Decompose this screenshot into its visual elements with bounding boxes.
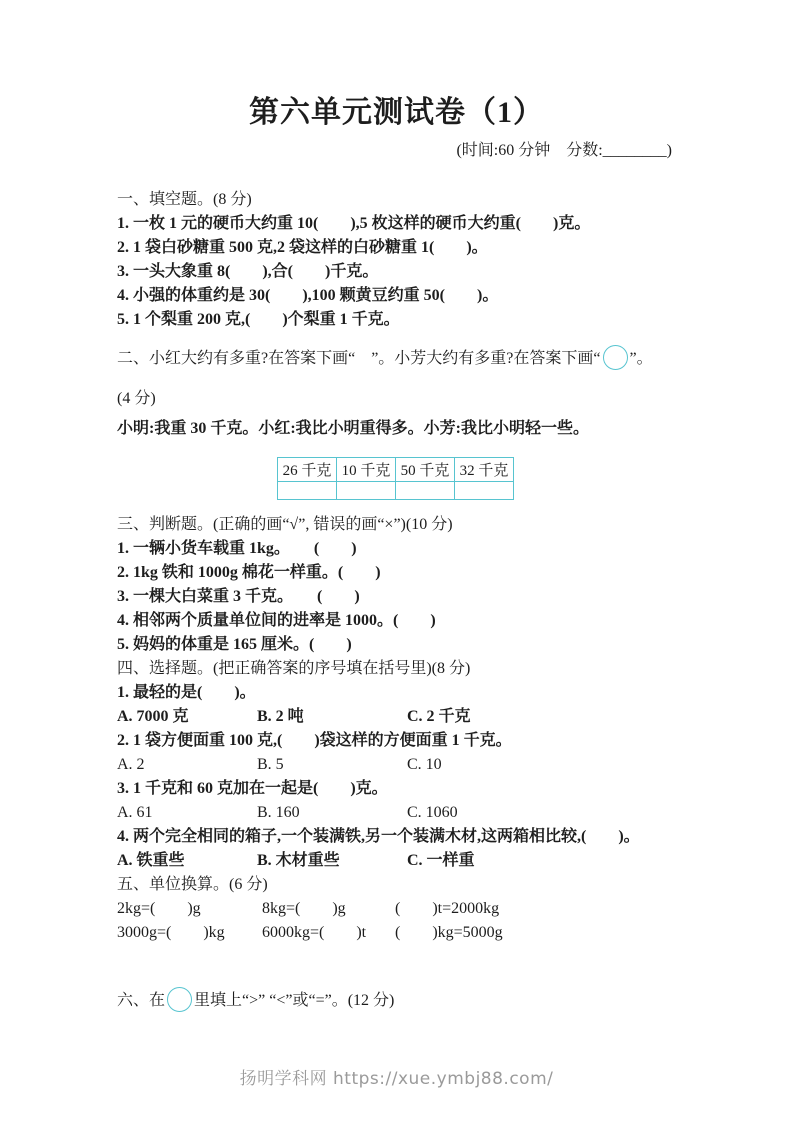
- judge-item: 1. 一辆小货车载重 1kg。 ( ): [117, 537, 779, 561]
- choice-option: A. 铁重些: [117, 849, 257, 873]
- choice-options-row: A. 铁重些 B. 木材重些 C. 一样重: [117, 849, 779, 873]
- table-header-cell: 10 千克: [337, 458, 396, 482]
- choice-option: B. 木材重些: [257, 849, 407, 873]
- circle-mark-icon: [603, 345, 628, 370]
- choice-option: C. 2 千克: [407, 705, 779, 729]
- choice-options-row: A. 2 B. 5 C. 10: [117, 753, 779, 777]
- page-title: 第六单元测试卷（1）: [0, 0, 793, 136]
- circle-mark-icon: [167, 987, 192, 1012]
- conversion-cell: 6000kg=( )t: [262, 921, 395, 945]
- judge-item: 3. 一棵大白菜重 3 千克。 ( ): [117, 585, 779, 609]
- answer-cell: [278, 482, 337, 500]
- answer-cell: [396, 482, 455, 500]
- choice-option: C. 一样重: [407, 849, 779, 873]
- table-header-cell: 26 千克: [278, 458, 337, 482]
- fill-blank-item: 2. 1 袋白砂糖重 500 克,2 袋这样的白砂糖重 1( )。: [117, 236, 779, 260]
- section2-heading-tail: ”。: [630, 350, 653, 367]
- section6-heading-tail: 里填上“>” “<”或“=”。(12 分): [194, 992, 394, 1009]
- conversion-cell: 3000g=( )kg: [117, 921, 262, 945]
- test-paper-page: 第六单元测试卷（1） (时间:60 分钟 分数:________) 一、填空题。…: [0, 0, 793, 1122]
- fill-blank-item: 1. 一枚 1 元的硬币大约重 10( ),5 枚这样的硬币大约重( )克。: [117, 212, 779, 236]
- choice-question: 3. 1 千克和 60 克加在一起是( )克。: [117, 777, 779, 801]
- choice-options-row: A. 7000 克 B. 2 吨 C. 2 千克: [117, 705, 779, 729]
- choice-option: C. 10: [407, 753, 779, 777]
- judge-item: 5. 妈妈的体重是 165 厘米。( ): [117, 633, 779, 657]
- dialog-line: 小明:我重 30 千克。小红:我比小明重得多。小芳:我比小明轻一些。: [117, 417, 779, 441]
- section3-heading: 三、判断题。(正确的画“√”, 错误的画“×”)(10 分): [117, 513, 779, 537]
- choice-option: B. 5: [257, 753, 407, 777]
- section2-heading-text: 二、小红大约有多重?在答案下画“ ”。小芳大约有多重?在答案下画“: [117, 350, 601, 367]
- paper-meta: (时间:60 分钟 分数:________): [0, 139, 793, 163]
- table-answer-row: [278, 482, 514, 500]
- choice-question: 2. 1 袋方便面重 100 克,( )袋这样的方便面重 1 千克。: [117, 729, 779, 753]
- section6-heading-text: 六、在: [117, 992, 165, 1009]
- answer-cell: [337, 482, 396, 500]
- choice-options-row: A. 61 B. 160 C. 1060: [117, 801, 779, 825]
- choice-question: 4. 两个完全相同的箱子,一个装满铁,另一个装满木材,这两箱相比较,( )。: [117, 825, 779, 849]
- paper-body: 一、填空题。(8 分) 1. 一枚 1 元的硬币大约重 10( ),5 枚这样的…: [0, 163, 793, 1016]
- section4-heading: 四、选择题。(把正确答案的序号填在括号里)(8 分): [117, 657, 779, 681]
- footer-watermark: 扬明学科网 https://xue.ymbj88.com/: [0, 1064, 793, 1089]
- choice-option: B. 160: [257, 801, 407, 825]
- table-header-cell: 32 千克: [455, 458, 514, 482]
- choice-option: B. 2 吨: [257, 705, 407, 729]
- weight-answer-table: 26 千克 10 千克 50 千克 32 千克: [277, 457, 514, 500]
- conversion-cell: ( )t=2000kg: [395, 897, 779, 921]
- choice-question: 1. 最轻的是( )。: [117, 681, 779, 705]
- section2-score: (4 分): [117, 387, 779, 411]
- section1-heading: 一、填空题。(8 分): [117, 188, 779, 212]
- section6-heading: 六、在里填上“>” “<”或“=”。(12 分): [117, 986, 779, 1016]
- conversion-cell: ( )kg=5000g: [395, 921, 779, 945]
- conversion-row: 3000g=( )kg 6000kg=( )t ( )kg=5000g: [117, 921, 779, 945]
- conversion-cell: 2kg=( )g: [117, 897, 262, 921]
- table-header-row: 26 千克 10 千克 50 千克 32 千克: [278, 458, 514, 482]
- fill-blank-item: 5. 1 个梨重 200 克,( )个梨重 1 千克。: [117, 308, 779, 332]
- answer-cell: [455, 482, 514, 500]
- fill-blank-item: 3. 一头大象重 8( ),合( )千克。: [117, 260, 779, 284]
- fill-blank-item: 4. 小强的体重约是 30( ),100 颗黄豆约重 50( )。: [117, 284, 779, 308]
- choice-option: A. 2: [117, 753, 257, 777]
- conversion-cell: 8kg=( )g: [262, 897, 395, 921]
- conversion-row: 2kg=( )g 8kg=( )g ( )t=2000kg: [117, 897, 779, 921]
- table-header-cell: 50 千克: [396, 458, 455, 482]
- section5-heading: 五、单位换算。(6 分): [117, 873, 779, 897]
- section2-heading: 二、小红大约有多重?在答案下画“ ”。小芳大约有多重?在答案下画“”。: [117, 344, 779, 374]
- judge-item: 4. 相邻两个质量单位间的进率是 1000。( ): [117, 609, 779, 633]
- judge-item: 2. 1kg 铁和 1000g 棉花一样重。( ): [117, 561, 779, 585]
- choice-option: A. 61: [117, 801, 257, 825]
- choice-option: A. 7000 克: [117, 705, 257, 729]
- choice-option: C. 1060: [407, 801, 779, 825]
